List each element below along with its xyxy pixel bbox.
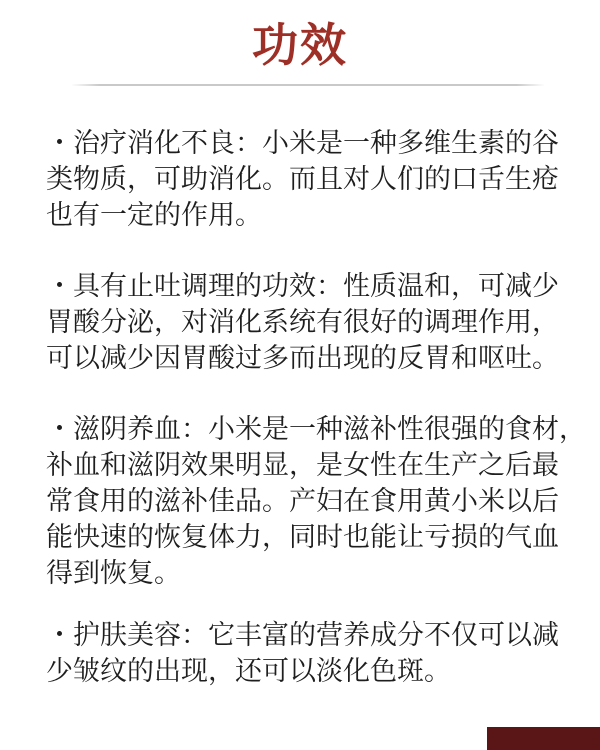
paragraph-line: 胃酸分泌，对消化系统有很好的调理作用， — [46, 304, 566, 340]
benefits-list: ・治疗消化不良：小米是一种多维生素的谷 类物质，可助消化。而且对人们的口舌生疮 … — [0, 125, 600, 689]
paragraph-line: ・滋阴养血：小米是一种滋补性很强的食材， — [46, 411, 566, 447]
paragraph-line: 能快速的恢复体力，同时也能让亏损的气血 — [46, 519, 566, 555]
paragraph-line: 少皱纹的出现，还可以淡化色斑。 — [46, 653, 566, 689]
benefit-item-antiemetic: ・具有止吐调理的功效：性质温和，可减少 胃酸分泌，对消化系统有很好的调理作用， … — [46, 268, 566, 376]
benefit-item-digestion: ・治疗消化不良：小米是一种多维生素的谷 类物质，可助消化。而且对人们的口舌生疮 … — [46, 125, 566, 233]
paragraph-line: ・治疗消化不良：小米是一种多维生素的谷 — [46, 125, 566, 161]
paragraph-line: 补血和滋阴效果明显，是女性在生产之后最 — [46, 447, 566, 483]
page-title: 功效 — [0, 18, 600, 73]
title-divider — [71, 84, 545, 86]
paragraph-line: 也有一定的作用。 — [46, 197, 566, 233]
benefit-item-nourish-blood: ・滋阴养血：小米是一种滋补性很强的食材， 补血和滋阴效果明显，是女性在生产之后最… — [46, 411, 566, 591]
paragraph-line: 常食用的滋补佳品。产妇在食用黄小米以后 — [46, 483, 566, 519]
paragraph-line: ・具有止吐调理的功效：性质温和，可减少 — [46, 268, 566, 304]
paragraph-line: 可以减少因胃酸过多而出现的反胃和呕吐。 — [46, 340, 566, 376]
paragraph-line: 得到恢复。 — [46, 555, 566, 591]
paragraph-line: 类物质，可助消化。而且对人们的口舌生疮 — [46, 161, 566, 197]
benefit-item-skin-care: ・护肤美容：它丰富的营养成分不仅可以减 少皱纹的出现，还可以淡化色斑。 — [46, 617, 566, 689]
footer-accent-bar — [487, 727, 600, 750]
paragraph-line: ・护肤美容：它丰富的营养成分不仅可以减 — [46, 617, 566, 653]
